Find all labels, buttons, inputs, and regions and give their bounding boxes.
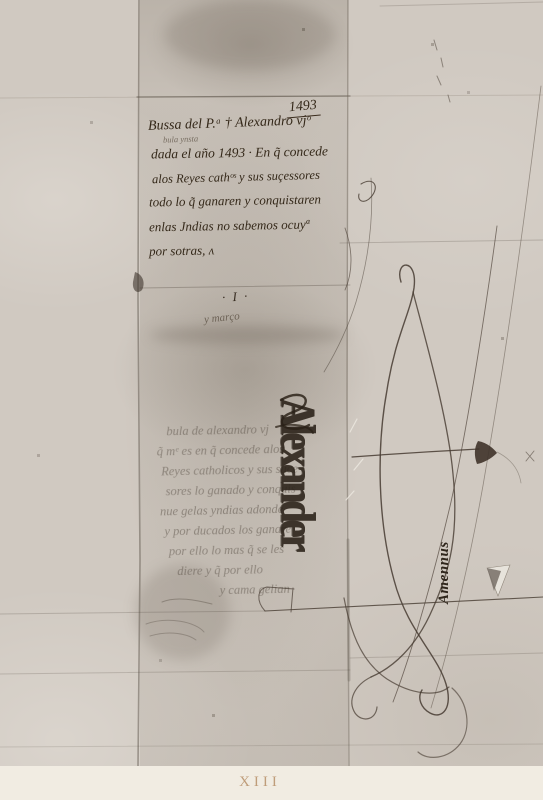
vertical-inscription: Alexander [262, 398, 328, 600]
ink-blob-left-fold [133, 272, 144, 292]
crease-right-1 [340, 240, 543, 243]
flourish-loop-main [380, 265, 448, 715]
annotation-line-arrow [352, 449, 479, 457]
faint-scribble-2 [146, 620, 204, 640]
plate-caption: XIII [0, 774, 520, 791]
manuscript-photo: 1493 Bussa del P.ᵃ † Alexandro vjᵒ bula … [0, 0, 543, 766]
docket-line: dada el año 1493 · En q̃ concede [151, 143, 328, 162]
crease-bottom [0, 744, 543, 747]
diagonal-stroke-2 [431, 86, 541, 708]
flourish-loop-cross [371, 292, 455, 677]
white-crack-marks [346, 419, 363, 500]
diagonal-stroke-1 [393, 226, 497, 702]
numeral-mark: · I · [222, 288, 250, 305]
side-inscription-amennus: Amennus [436, 530, 456, 604]
crease-top-right [380, 2, 543, 6]
x-mark [526, 451, 534, 461]
book-plate-page: 1493 Bussa del P.ᵃ † Alexandro vjᵒ bula … [0, 0, 543, 800]
docket-interline-note: bula ynsta [163, 133, 199, 144]
arrowhead-blob [475, 441, 497, 464]
fold-line-left [138, 0, 140, 766]
docket-hook-flourish [359, 181, 376, 201]
arrow-tail [497, 452, 521, 483]
docket-line: por sotras, ʌ [149, 242, 215, 259]
crease-left-2 [0, 670, 350, 674]
caption-strip: XIII [0, 766, 543, 800]
flourish-curl-bottom-left [352, 677, 377, 719]
flourish-curl-bottom-right [418, 688, 467, 757]
docket-line: enlas Jndias no sabemos ocuyª [149, 217, 310, 236]
tick-marks [434, 40, 450, 102]
docket-line: todo lo q̃ ganaren y conquistaren [149, 192, 321, 211]
fold-shadow-right [348, 540, 349, 680]
flourish-arc-lower [344, 598, 449, 693]
crease-left-1 [0, 611, 265, 614]
